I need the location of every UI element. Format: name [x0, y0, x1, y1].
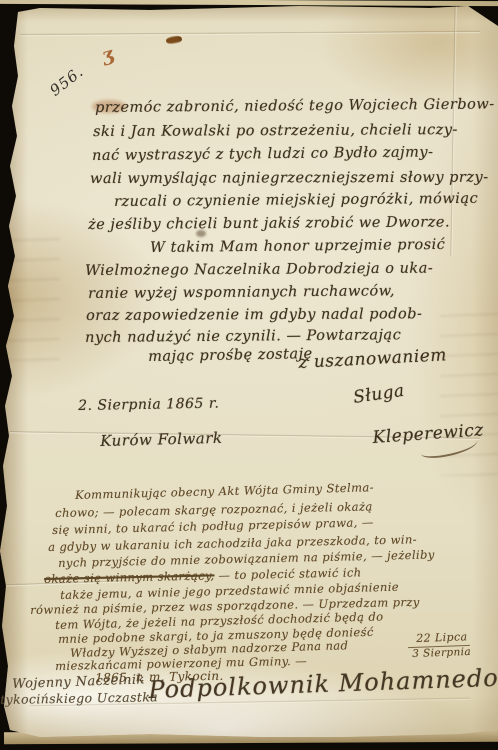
bleedthrough-right: [440, 306, 498, 476]
adjacent-page-edge-top: [0, 0, 498, 6]
manuscript-line: oraz zapowiedzenie im gdyby nadal podob-: [86, 306, 422, 324]
margin-date-new-style: 3 Sierpnia: [412, 646, 471, 660]
manuscript-line: Wielmożnego Naczelnika Dobrodzieja o uka…: [85, 261, 433, 279]
closing-line: mając prośbę zostaję: [148, 346, 313, 365]
scanned-manuscript-page: 956. ʒ przemóc zabronić, niedość tego Wo…: [0, 0, 498, 750]
manuscript-line: ranie wyżej wspomnianych ruchawców,: [88, 283, 395, 302]
bleedthrough-left: [0, 231, 60, 361]
margin-date-old-style: 22 Lipca: [416, 630, 468, 645]
letter-date: 2. Sierpnia 1865 r.: [78, 396, 220, 414]
manuscript-line: wali wymyślając najniegrzeczniejszemi sł…: [90, 170, 489, 187]
manuscript-line: nych nadużyć nie czynili. — Powtarzając: [85, 327, 401, 346]
manuscript-line: ski i Jan Kowalski po ostrzeżeniu, chcie…: [93, 122, 458, 140]
manuscript-line: W takim Mam honor uprzejmie prosić: [150, 237, 445, 256]
letter-place: Kurów Folwark: [100, 429, 223, 450]
crease-top: [20, 30, 480, 36]
manuscript-line: rzucali o czynienie miejskiej pogróżki, …: [114, 191, 478, 210]
manuscript-line: że jeśliby chcieli bunt jakiś zrobić we …: [88, 214, 450, 233]
office-title-line2: tykocińskiego Uczastka: [0, 689, 158, 707]
